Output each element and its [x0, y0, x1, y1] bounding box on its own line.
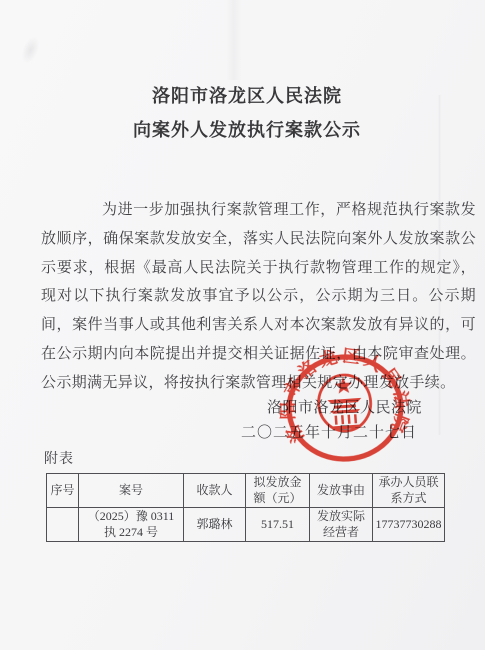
header-payee: 收款人 — [184, 474, 246, 508]
title-line-2: 向案外人发放执行案款公示 — [9, 116, 485, 142]
paper-crease — [226, 0, 242, 80]
document-page: 洛阳市洛龙区人民法院 向案外人发放执行案款公示 为进一步加强执行案款管理工作，严… — [0, 0, 485, 650]
title-line-1: 洛阳市洛龙区人民法院 — [9, 82, 485, 108]
header-amount: 拟发放金额（元） — [246, 474, 310, 508]
attachment-label: 附表 — [44, 448, 74, 468]
cell-payee: 郭璐林 — [184, 508, 246, 542]
header-reason: 发放事由 — [310, 474, 373, 508]
header-contact: 承办人员联系方式 — [373, 474, 445, 508]
notice-paragraph: 为进一步加强执行案款管理工作，严格规范执行案款发放顺序，确保案款发放安全，落实人… — [41, 196, 476, 398]
header-index: 序号 — [47, 474, 79, 508]
table-header-row: 序号 案号 收款人 拟发放金额（元） 发放事由 承办人员联系方式 — [47, 474, 445, 508]
signature-court-name: 洛阳市洛龙区人民法院 — [267, 396, 422, 417]
header-case-number: 案号 — [79, 474, 184, 508]
cell-contact: 17737730288 — [373, 508, 445, 542]
paper-smudge — [18, 34, 42, 66]
signature-date: 二〇二五年十月二十七日 — [241, 421, 417, 442]
cell-reason: 发放实际 经营者 — [310, 508, 373, 542]
cell-index — [47, 508, 79, 542]
cell-case-number: （2025）豫 0311 执 2274 号 — [79, 508, 184, 542]
cell-amount: 517.51 — [246, 508, 310, 542]
disbursement-table: 序号 案号 收款人 拟发放金额（元） 发放事由 承办人员联系方式 （2025）豫… — [46, 473, 445, 542]
table-row: （2025）豫 0311 执 2274 号 郭璐林 517.51 发放实际 经营… — [47, 508, 445, 542]
